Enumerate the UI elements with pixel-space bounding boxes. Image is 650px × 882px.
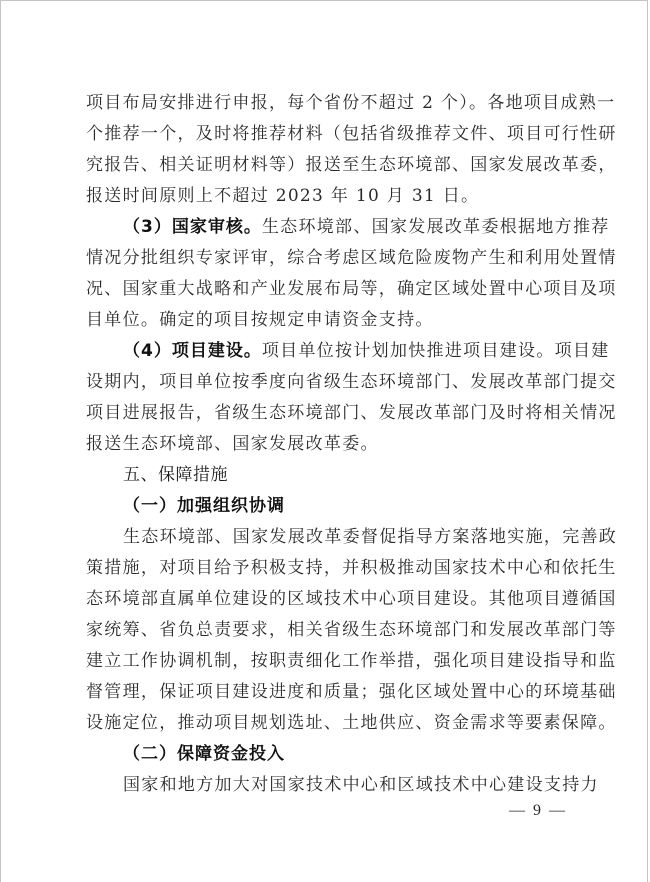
body-text-line: 建立工作协调机制，按职责细化工作举措，强化项目建设指导和监 — [86, 649, 576, 673]
body-text-line: 报送时间原则上不超过 2023 年 10 月 31 日。 — [86, 184, 576, 208]
body-text-line: 情况分批组织专家评审，综合考虑区域危险废物产生和利用处置情 — [86, 246, 576, 270]
item3-first-line: （3）国家审核。生态环境部、国家发展改革委根据地方推荐 — [123, 215, 613, 239]
item4-label: （4）项目建设。 — [123, 341, 262, 361]
body-text-line: 态环境部直属单位建设的区域技术中心项目建设。其他项目遵循国 — [86, 587, 576, 611]
body-text-line: 设施定位，推动项目规划选址、土地供应、资金需求等要素保障。 — [86, 711, 576, 735]
body-text-line: 目单位。确定的项目按规定申请资金支持。 — [86, 308, 576, 332]
body-text-line: 项目布局安排进行申报，每个省份不超过 2 个）。各地项目成熟一 — [86, 91, 576, 115]
body-text-line: 设期内，项目单位按季度向省级生态环境部门、发展改革部门提交 — [86, 370, 576, 394]
body-text-line: 国家和地方加大对国家技术中心和区域技术中心建设支持力 — [123, 773, 613, 797]
body-text-line: 督管理，保证项目建设进度和质量；强化区域处置中心的环境基础 — [86, 680, 576, 704]
body-text-line: 况、国家重大战略和产业发展布局等，确定区域处置中心项目及项 — [86, 277, 576, 301]
body-text-line: 策措施，对项目给予积极支持，并积极推动国家技术中心和依托生 — [86, 556, 576, 580]
body-text-line: 项目进展报告，省级生态环境部门、发展改革部门及时将相关情况 — [86, 401, 576, 425]
section-heading: 五、保障措施 — [123, 463, 613, 487]
document-page: 项目布局安排进行申报，每个省份不超过 2 个）。各地项目成熟一 个推荐一个，及时… — [0, 0, 648, 882]
body-text-line: 报送生态环境部、国家发展改革委。 — [86, 432, 576, 456]
item3-label: （3）国家审核。 — [123, 217, 262, 237]
body-text-line: 究报告、相关证明材料等）报送至生态环境部、国家发展改革委， — [86, 153, 576, 177]
body-text-line: 生态环境部、国家发展改革委督促指导方案落地实施，完善政 — [123, 525, 613, 549]
item3-text: 生态环境部、国家发展改革委根据地方推荐 — [262, 217, 610, 237]
subsection-heading: （二）保障资金投入 — [123, 742, 613, 766]
body-text-line: 个推荐一个，及时将推荐材料（包括省级推荐文件、项目可行性研 — [86, 122, 576, 146]
body-text-line: 家统筹、省负总责要求，相关省级生态环境部门和发展改革部门等 — [86, 618, 576, 642]
subsection-heading: （一）加强组织协调 — [123, 494, 613, 518]
item4-text: 项目单位按计划加快推进项目建设。项目建 — [262, 341, 610, 361]
page-number: — 9 — — [509, 802, 567, 820]
item4-first-line: （4）项目建设。项目单位按计划加快推进项目建设。项目建 — [123, 339, 613, 363]
